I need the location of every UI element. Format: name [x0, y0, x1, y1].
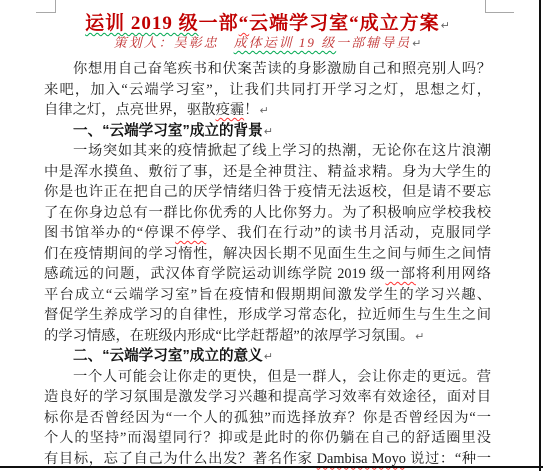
text-line[interactable]: 中是浑水摸鱼、敷衍了事，还是全神贯注、精益求精。身为大学生的 [44, 162, 491, 183]
document-page: 运训 2019 级一部“云端学习室“成立方案↵策划人：吴彰忠 成体运训 19 级… [0, 0, 543, 471]
text-segment: 造良好的学习氛围是激发学习兴趣和提高学习效率有效途径，面对目 [44, 389, 491, 405]
text-line[interactable]: 图书馆举办的“停课不停学、我们在行动”的读书月活动，克服同学 [44, 223, 491, 244]
text-segment: 标你是否曾经因为“一个人的孤独”而选择放弃？你是否曾经因为“一 [44, 410, 491, 426]
text-line[interactable]: 个人的坚持”而渴望同行？抑或是此时的你仍躺在自己的舒适圈里没 [44, 428, 491, 449]
spellcheck-red-segment: 疫霾 [216, 102, 245, 118]
text-segment: 个人的坚持”而渴望同行？抑或是此时的你仍躺在自己的舒适圈里没 [44, 430, 491, 446]
text-line[interactable]: 标你是否曾经因为“一个人的孤独”而选择放弃？你是否曾经因为“一 [44, 408, 491, 429]
spellcheck-red-segment: 一部 [386, 266, 416, 282]
page-edge-bottom [0, 466, 543, 468]
text-segment: 一、“云端学习室”成立的背景 [73, 123, 263, 139]
text-segment: 将利用网络 [416, 266, 491, 282]
spellcheck-red-segment: “ [239, 13, 250, 34]
text-segment: 了在你身边总有一群比你优秀的人比你努力。为了积极响应学校我校 [44, 205, 491, 221]
paragraph-mark-icon: ↵ [263, 350, 273, 363]
text-segment: 一部辅导员 [336, 35, 411, 50]
text-line[interactable]: 感疏远的问题，武汉体育学院运动训练学院 2019 级一部将利用网络 [44, 264, 491, 285]
text-line[interactable]: 平台成立“云端学习室”旨在疫情和假期期间激发学生的学习兴趣、 [44, 285, 491, 306]
text-segment: 一场突如其来的疫情掀起了线上学习的热潮，无论你在这片浪潮 [73, 143, 491, 159]
spellcheck-red-segment: 不停 [175, 225, 206, 241]
text-line[interactable]: 你是也许正在把自己的厌学情绪归咎于疫情无法返校，但是请不要忘 [44, 182, 491, 203]
text-segment: 有目标，忘了自己为什么出发？著名作家 [44, 451, 317, 467]
text-segment: 学、我们在行动”的读书月活动，克服同学 [206, 225, 491, 241]
text-line[interactable]: 一个人可能会让你走的更快，但是一群人，会让你走的更远。营 [44, 367, 491, 388]
text-boundary-crop-mark-top-left [36, 0, 56, 13]
text-segment: 二、“云端学习室”成立的意义 [73, 348, 263, 364]
text-segment: 来吧，加入“云端学习室”，让我们共同打开学习之灯，思想之灯， [44, 82, 491, 98]
text-segment: 的学习情感，在班级内形成“比学赶帮超”的浓厚学习氛围。 [44, 328, 414, 344]
spellcheck-green-segment: 运训 2019 级 [85, 13, 199, 34]
document-text[interactable]: 运训 2019 级一部“云端学习室“成立方案↵策划人：吴彰忠 成体运训 19 级… [44, 13, 491, 469]
text-line[interactable]: 督促学生养成学习的自律性，形成学习常态化，拉近师生与生生之间 [44, 305, 491, 326]
document-title[interactable]: 运训 2019 级一部“云端学习室“成立方案↵ [44, 13, 491, 34]
text-segment: 你是也许正在把自己的厌学情绪归咎于疫情无法返校，但是请不要忘 [44, 184, 491, 200]
document-byline[interactable]: 策划人：吴彰忠 成体运训 19 级一部辅导员↵ [44, 34, 491, 53]
paragraph-mark-icon: ↵ [411, 37, 421, 50]
text-line[interactable]: 了在你身边总有一群比你优秀的人比你努力。为了积极响应学校我校 [44, 203, 491, 224]
text-segment: 们在疫情期间的学习惰性，解决因长期不见面生生之间与师生之间情 [44, 246, 491, 262]
text-segment: 你想用自己奋笔疾书和伏案苦读的身影激励自己和照亮别人吗？ [73, 61, 491, 77]
text-segment: 云端学习室“成立方案 [249, 13, 440, 34]
text-segment: 一部 [199, 13, 239, 34]
text-line[interactable]: 一场突如其来的疫情掀起了线上学习的热潮，无论你在这片浪潮 [44, 141, 491, 162]
text-line[interactable]: 你想用自己奋笔疾书和伏案苦读的身影激励自己和照亮别人吗？ [44, 59, 491, 80]
paragraph-mark-icon: ↵ [258, 104, 268, 117]
text-line[interactable]: 们在疫情期间的学习惰性，解决因长期不见面生生之间与师生之间情 [44, 244, 491, 265]
text-boundary-crop-mark-top-right [485, 0, 514, 13]
spellcheck-green-segment: 成体运训 19 级 [234, 35, 337, 50]
text-segment: 平台成立“云端学习室”旨在疫情和假期期间激发学生的学习兴趣、 [44, 287, 491, 303]
text-line[interactable]: 自律之灯，点亮世界，驱散疫霾！↵ [44, 100, 491, 121]
spellcheck-red-segment: Dambisa Moyo [317, 451, 406, 467]
text-segment: 说过：“种一 [406, 451, 491, 467]
text-segment: ！ [244, 102, 258, 118]
paragraph-mark-icon: ↵ [440, 19, 450, 32]
text-segment: 感疏远的问题，武汉体育学院运动训练学院 2019 级 [44, 266, 386, 282]
text-line[interactable]: 造良好的学习氛围是激发学习兴趣和提高学习效率有效途径，面对目 [44, 387, 491, 408]
section-heading[interactable]: 二、“云端学习室”成立的意义↵ [44, 346, 491, 367]
text-segment: 图书馆举办的“停课 [44, 225, 175, 241]
section-heading[interactable]: 一、“云端学习室”成立的背景↵ [44, 121, 491, 142]
paragraph-mark-icon: ↵ [414, 330, 424, 343]
text-segment: 自律之灯，点亮世界，驱散 [44, 102, 216, 118]
page-edge-right [539, 0, 541, 471]
text-segment: 中是浑水摸鱼、敷衍了事，还是全神贯注、精益求精。身为大学生的 [44, 164, 491, 180]
text-line[interactable]: 来吧，加入“云端学习室”，让我们共同打开学习之灯，思想之灯， [44, 80, 491, 101]
text-line[interactable]: 的学习情感，在班级内形成“比学赶帮超”的浓厚学习氛围。↵ [44, 326, 491, 347]
text-segment: 督促学生养成学习的自律性，形成学习常态化，拉近师生与生生之间 [44, 307, 491, 323]
paragraph-mark-icon: ↵ [263, 125, 273, 138]
text-segment: 一个人可能会让你走的更快，但是一群人，会让你走的更远。营 [73, 369, 491, 385]
text-segment: 策划人：吴彰忠 [114, 35, 234, 50]
